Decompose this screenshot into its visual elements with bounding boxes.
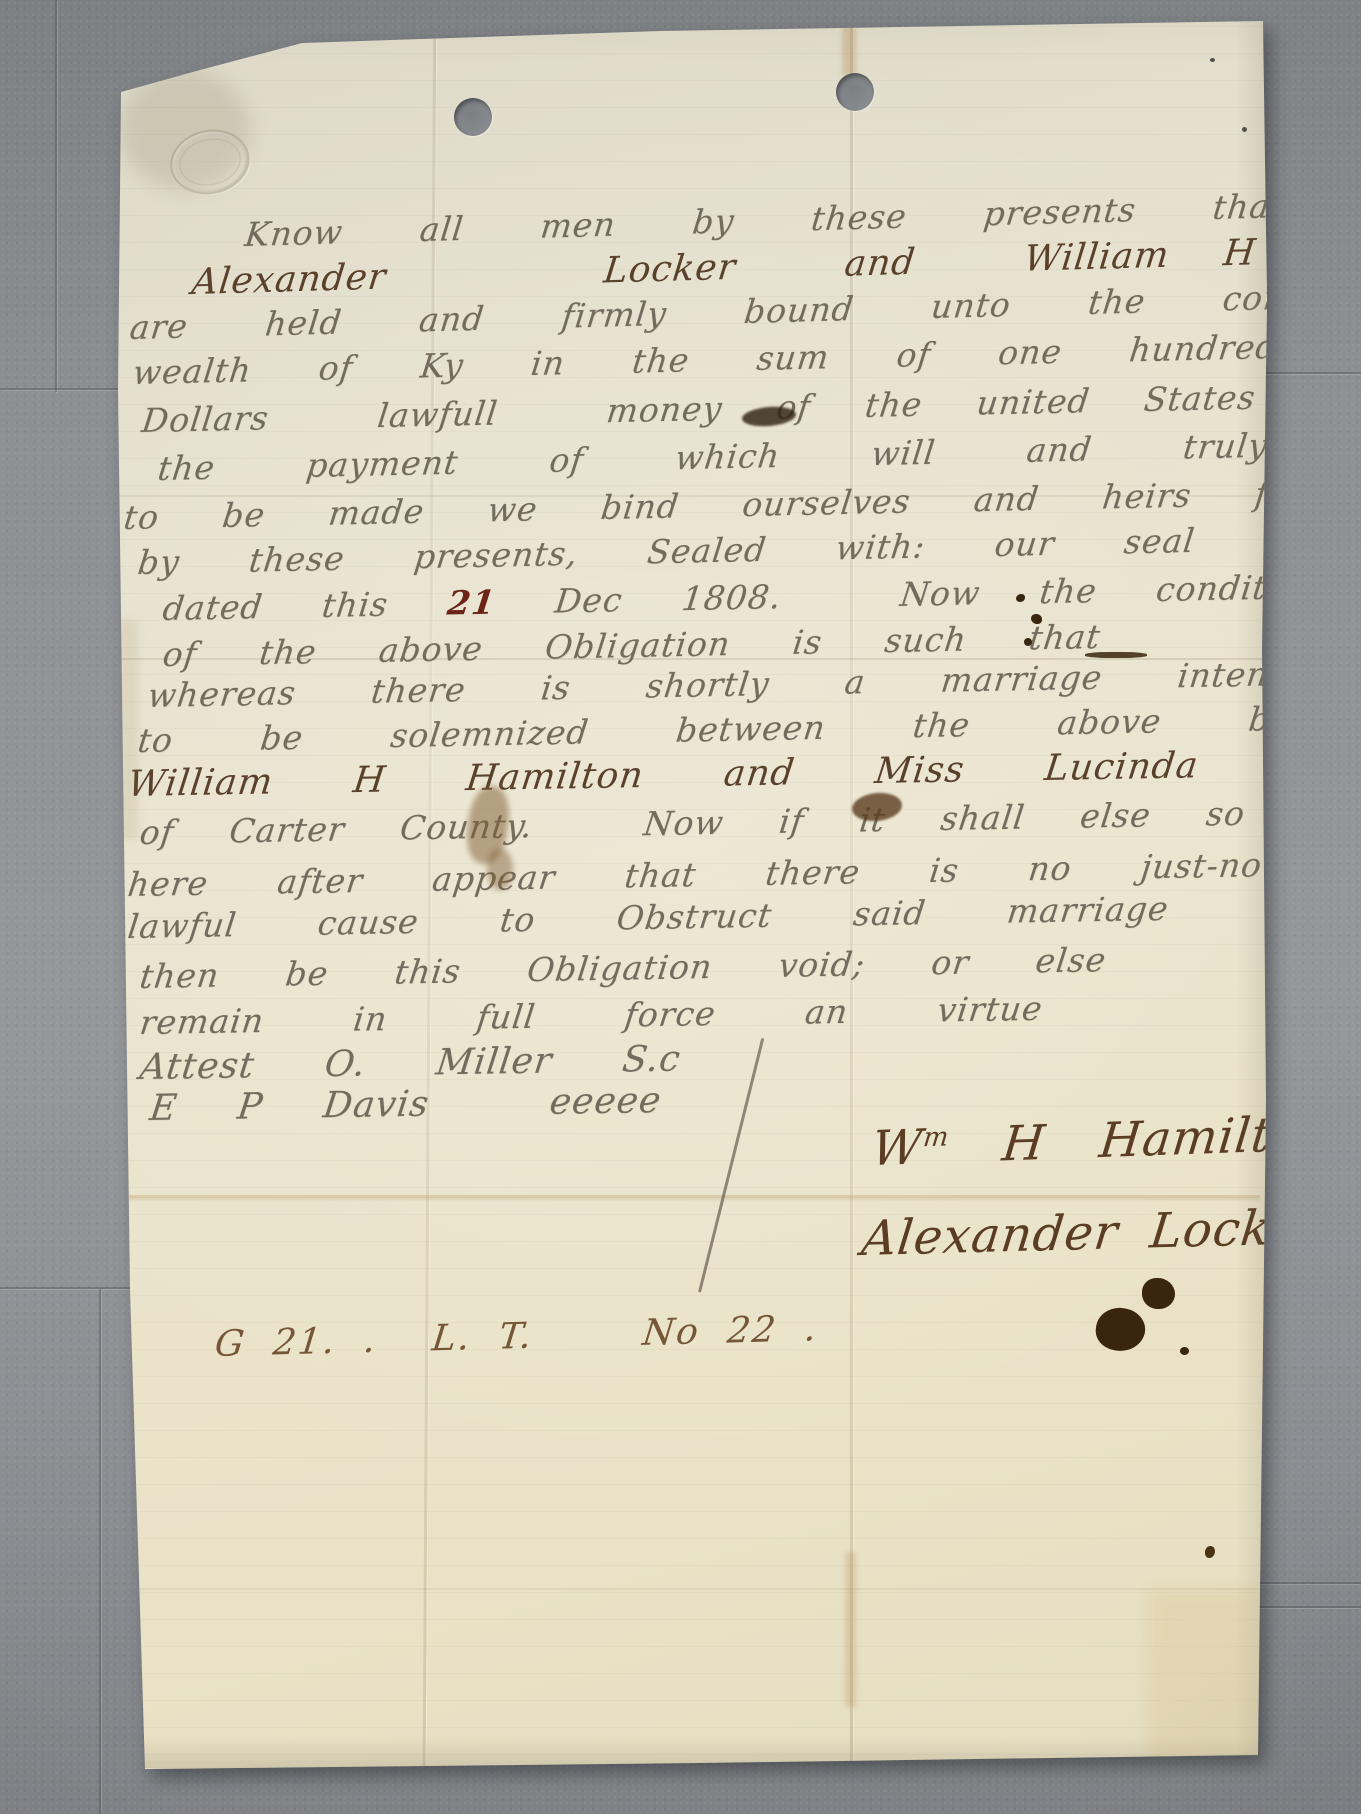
paper: Know all men by these presents that weAl…: [0, 0, 1361, 1814]
paper-vignette: [0, 0, 1361, 1814]
paper-shadow: Know all men by these presents that weAl…: [0, 0, 1361, 1814]
marriage-bond-photo: Know all men by these presents that weAl…: [0, 0, 1361, 1814]
